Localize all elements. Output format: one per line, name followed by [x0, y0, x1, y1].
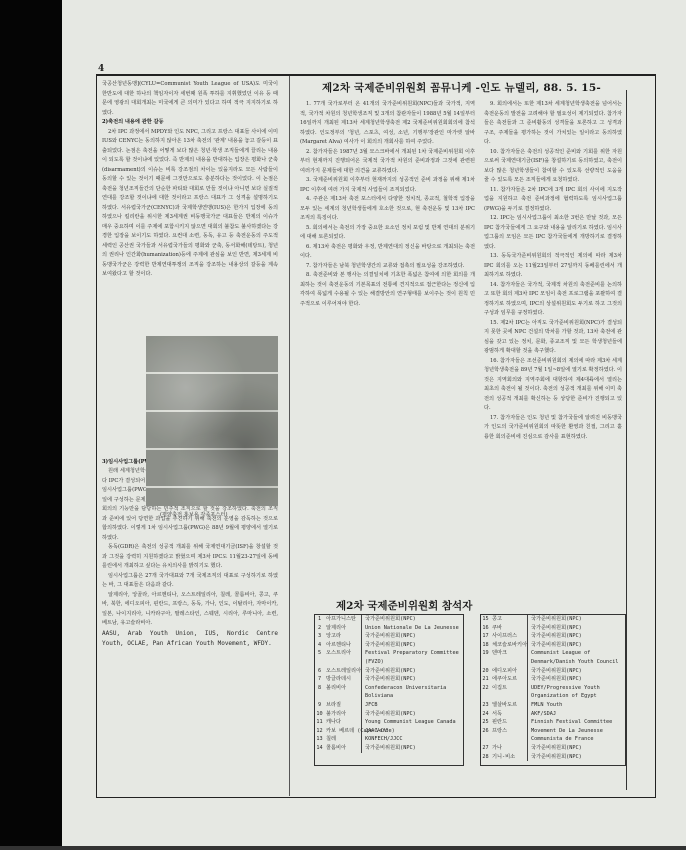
- country: 서독: [490, 710, 528, 719]
- country: 에쿠아도르: [490, 675, 528, 684]
- country: 불가리아: [324, 710, 362, 719]
- country: 기니-비소: [490, 753, 528, 762]
- row-number: 21: [481, 675, 490, 684]
- row-number: 23: [481, 701, 490, 710]
- country: 콜롬비아: [324, 744, 362, 753]
- country: 오스트레일리아: [324, 667, 362, 676]
- country: 앙고라: [324, 632, 362, 641]
- paragraph: 13. 동독국가준비위원회의 적극적인 제의에 따라 제3차 IPC 회의를 오…: [484, 252, 622, 281]
- table-row: 28기니-비소국가준비위원회(NPC): [481, 753, 625, 762]
- row-number: 8: [315, 684, 324, 701]
- row-number: 15: [481, 615, 490, 624]
- country: 이집트: [490, 684, 528, 701]
- table-row: 13칠레KONFECH/JJCC: [315, 735, 463, 744]
- paragraph: 5. 회의에서는 축전의 가장 중요한 요소인 정치 포럼 및 반제 연대의 분…: [300, 224, 475, 243]
- organization: Young Communist League Canada: [362, 718, 463, 727]
- country: 알제리아: [324, 624, 362, 633]
- organization: JFCB: [362, 701, 463, 710]
- row-number: 12: [315, 727, 324, 736]
- country: 엘살바도르: [490, 701, 528, 710]
- organization: 국가준비위원회(NPC): [528, 675, 625, 684]
- country: 핀란드: [490, 718, 528, 727]
- country: 덴마크: [490, 649, 528, 666]
- column-divider: [289, 76, 290, 796]
- scan-black-edge: [0, 0, 62, 850]
- table-row: 2알제리아Union Nationale De La Jeunesse: [315, 624, 463, 633]
- row-number: 26: [481, 727, 490, 744]
- country: 사이프러스: [490, 632, 528, 641]
- paragraph: 3. 국제준비위원회 이후부터 현재까지의 성공적인 준비 과정을 위해 제1차…: [300, 176, 475, 195]
- row-number: 13: [315, 735, 324, 744]
- country: 아르헨티나: [324, 641, 362, 650]
- country: 쿠바: [490, 624, 528, 633]
- paragraph: 1. 77개 국가로부터 온 41개의 국가준비위원회(NPC)들과 국가적, …: [300, 100, 475, 148]
- country: 칠레: [324, 735, 362, 744]
- row-number: 19: [481, 649, 490, 666]
- organization: 국가준비위원회(NPC): [528, 641, 625, 650]
- table-row: 1아프가니스탄국가준비위원회(NPC): [315, 615, 463, 624]
- row-number: 5: [315, 649, 324, 666]
- section-heading: 2)축전의 내용에 관한 갈등: [102, 118, 278, 128]
- paragraph: 11. 참가자들은 2차 IPC에 3개 IPC 회의 사이에 지도작업을 지원…: [484, 186, 622, 215]
- paragraph: 동독(GDR)은 축전의 성공적 개최를 위해 국제연대기금(ISF)을 창설할…: [102, 543, 278, 572]
- country: 콩고: [490, 615, 528, 624]
- paragraph: 10. 참가자들은 축전의 성공적인 준비와 기회를 위한 자원으로써 국제연대…: [484, 148, 622, 186]
- table-row: 5오스트리아Festival Preparatory Committee (FV…: [315, 649, 463, 666]
- table-row: 6오스트레일리아국가준비위원회(NPC): [315, 667, 463, 676]
- row-number: 11: [315, 718, 324, 727]
- organization: Finnish Festival Committee: [528, 718, 625, 727]
- organization: Confederacon Universitaria Boliviana: [362, 684, 463, 701]
- table-row: 21에쿠아도르국가준비위원회(NPC): [481, 675, 625, 684]
- table-row: 17사이프러스국가준비위원회(NPC): [481, 632, 625, 641]
- organization: 국가준비위원회(NPC): [528, 624, 625, 633]
- table-row: 4아르헨티나국가준비위원회(NPC): [315, 641, 463, 650]
- organization: 국가준비위원회(NPC): [362, 744, 463, 753]
- photo-caption: (평양축전 홍보용 각종포스터): [160, 511, 227, 518]
- organization: 국가준비위원회(NPC): [528, 744, 625, 753]
- country: 가나: [490, 744, 528, 753]
- country: 오스트리아: [324, 649, 362, 666]
- row-number: 3: [315, 632, 324, 641]
- international-orgs: AASU, Arab Youth Union, IUS, Nordic Cent…: [102, 629, 278, 649]
- organization: 국가준비위원회(NPC): [362, 675, 463, 684]
- organization: Movement De La Jeunesse Communista de Fr…: [528, 727, 625, 744]
- country: 카보 베르데 (Cape Verde): [324, 727, 362, 736]
- table-row: 10불가리아국가준비위원회(NPC): [315, 710, 463, 719]
- paragraph: 6. 제13차 축전은 평화와 우정, 반제연대의 정신을 바탕으로 개최되는 …: [300, 243, 475, 262]
- row-number: 9: [315, 701, 324, 710]
- organization: 국가준비위원회(NPC): [528, 632, 625, 641]
- row-number: 20: [481, 667, 490, 676]
- paragraph: 알제리아, 앙골라, 아르헨티나, 오스트레일리아, 칠레, 콜롬비아, 콩고,…: [102, 591, 278, 629]
- country: 프랑스: [490, 727, 528, 744]
- paragraph: 15. 제2차 IPC는 아직도 국가준비위원회(NPC)가 결성되지 못한 곳…: [484, 319, 622, 357]
- row-number: 24: [481, 710, 490, 719]
- organization: Communist League of Denmark/Danish Youth…: [528, 649, 625, 666]
- organization: JAAC-CV: [362, 727, 463, 736]
- paragraph: 17. 참가자들은 인도 청년 및 참가국들에 알려진 비동맹국가 인도의 국가…: [484, 414, 622, 443]
- table-row: 11캐나다Young Communist League Canada: [315, 718, 463, 727]
- organization: Union Nationale De La Jeunesse: [362, 624, 463, 633]
- paragraph: 국공산청년동맹](CYLU=Communist Youth League of …: [102, 80, 278, 118]
- scan-bottom-edge: [0, 846, 686, 850]
- table-row: 24서독AKF/SDAJ: [481, 710, 625, 719]
- paragraph: 2. 참가자들은 1987년 3월 모스크바에서 개최된 1차 국제준비위원회 …: [300, 148, 475, 177]
- country: 체코슬로바키아: [490, 641, 528, 650]
- table-row: 23엘살바도르FMLN Youth: [481, 701, 625, 710]
- row-number: 6: [315, 667, 324, 676]
- participants-title: 제2차 국제준비위원회 참석자: [336, 598, 472, 613]
- participants-table-right: 15콩고국가준비위원회(NPC) 16쿠바국가준비위원회(NPC) 17사이프러…: [480, 614, 626, 766]
- paragraph: 14. 참가자들은 국가적, 국제적 차원의 축전준비를 논의하고 또한 회의 …: [484, 281, 622, 319]
- page-title: 제2차 국제준비위원회 꼼뮤니케 -인도 뉴델리, 88. 5. 15-: [322, 80, 601, 95]
- paragraph: 9. 회의에서는 또한 제13차 세계청년학생축전을 넘어서는 축전운동의 발전…: [484, 100, 622, 148]
- table-row: 3앙고라국가준비위원회(NPC): [315, 632, 463, 641]
- row-number: 14: [315, 744, 324, 753]
- paragraph: 8. 축전준비와 본 행사는 의결일치에 기초한 폭넓은 참여에 의한 회의를 …: [300, 271, 475, 309]
- table-row: 25핀란드Finnish Festival Committee: [481, 718, 625, 727]
- organization: UDEY/Progressive Youth Organization of E…: [528, 684, 625, 701]
- row-number: 18: [481, 641, 490, 650]
- organization: 국가준비위원회(NPC): [362, 615, 463, 624]
- organization: Festival Preparatory Committee (FVZO): [362, 649, 463, 666]
- organization: 국가준비위원회(NPC): [528, 753, 625, 762]
- organization: KONFECH/JJCC: [362, 735, 463, 744]
- row-number: 10: [315, 710, 324, 719]
- paragraph: 7. 참가자들은 남북 청년학생간의 교류와 접촉의 필요성을 강조하였다.: [300, 262, 475, 272]
- table-row: 22이집트UDEY/Progressive Youth Organization…: [481, 684, 625, 701]
- organization: 국가준비위원회(NPC): [362, 667, 463, 676]
- paragraph: 16. 참가자들은 조선준비위원회의 제의에 따라 제3차 세계청년학생축전을 …: [484, 357, 622, 414]
- table-row: 7방글라데시국가준비위원회(NPC): [315, 675, 463, 684]
- row-number: 27: [481, 744, 490, 753]
- paragraph: 4. 주관은 제13차 축전 포스터에서 다양한 정치적, 종교적, 철학적 입…: [300, 195, 475, 224]
- table-row: 9브라질JFCB: [315, 701, 463, 710]
- organization: 국가준비위원회(NPC): [528, 615, 625, 624]
- organization: AKF/SDAJ: [528, 710, 625, 719]
- table-row: 8볼리비아Confederacon Universitaria Bolivian…: [315, 684, 463, 701]
- table-row: 12카보 베르데 (Cape Verde)JAAC-CV: [315, 727, 463, 736]
- country: 캐나다: [324, 718, 362, 727]
- participants-table-left: 1아프가니스탄국가준비위원회(NPC) 2알제리아Union Nationale…: [314, 614, 464, 766]
- country: 방글라데시: [324, 675, 362, 684]
- row-number: 22: [481, 684, 490, 701]
- country: 볼리비아: [324, 684, 362, 701]
- organization: 국가준비위원회(NPC): [362, 632, 463, 641]
- row-number: 17: [481, 632, 490, 641]
- paragraph: 임시사업그룹은 27개 국가대표와 7개 국제조직의 대표로 구성하기로 하였는…: [102, 572, 278, 591]
- row-number: 7: [315, 675, 324, 684]
- row-number: 1: [315, 615, 324, 624]
- page-number: 4: [98, 64, 104, 74]
- organization: 국가준비위원회(NPC): [362, 641, 463, 650]
- table-row: 20에디오피아국가준비위원회(NPC): [481, 667, 625, 676]
- country: 에디오피아: [490, 667, 528, 676]
- country: 아프가니스탄: [324, 615, 362, 624]
- right-column: 9. 회의에서는 또한 제13차 세계청년학생축전을 넘어서는 축전운동의 발전…: [484, 100, 622, 610]
- right-border-line: [626, 90, 627, 790]
- organization: FMLN Youth: [528, 701, 625, 710]
- table-row: 14콜롬비아국가준비위원회(NPC): [315, 744, 463, 753]
- row-number: 25: [481, 718, 490, 727]
- festival-posters-photo: [146, 336, 278, 506]
- table-row: 15콩고국가준비위원회(NPC): [481, 615, 625, 624]
- organization: 국가준비위원회(NPC): [362, 710, 463, 719]
- table-row: 27가나국가준비위원회(NPC): [481, 744, 625, 753]
- paragraph: 2차 IPC 과정에서 MPDY와 인도 NPC, 그리고 프랑스 대표들 사이…: [102, 128, 278, 280]
- row-number: 2: [315, 624, 324, 633]
- table-row: 19덴마크Communist League of Denmark/Danish …: [481, 649, 625, 666]
- table-row: 16쿠바국가준비위원회(NPC): [481, 624, 625, 633]
- middle-column: 1. 77개 국가로부터 온 41개의 국가준비위원회(NPC)들과 국가적, …: [300, 100, 475, 560]
- table-row: 26프랑스Movement De La Jeunesse Communista …: [481, 727, 625, 744]
- paragraph: 12. IPC는 임시사업그룹이 최소한 3번은 만날 것과, 모든 IPC 참…: [484, 214, 622, 252]
- organization: 국가준비위원회(NPC): [528, 667, 625, 676]
- country: 브라질: [324, 701, 362, 710]
- table-row: 18체코슬로바키아국가준비위원회(NPC): [481, 641, 625, 650]
- row-number: 16: [481, 624, 490, 633]
- row-number: 28: [481, 753, 490, 762]
- row-number: 4: [315, 641, 324, 650]
